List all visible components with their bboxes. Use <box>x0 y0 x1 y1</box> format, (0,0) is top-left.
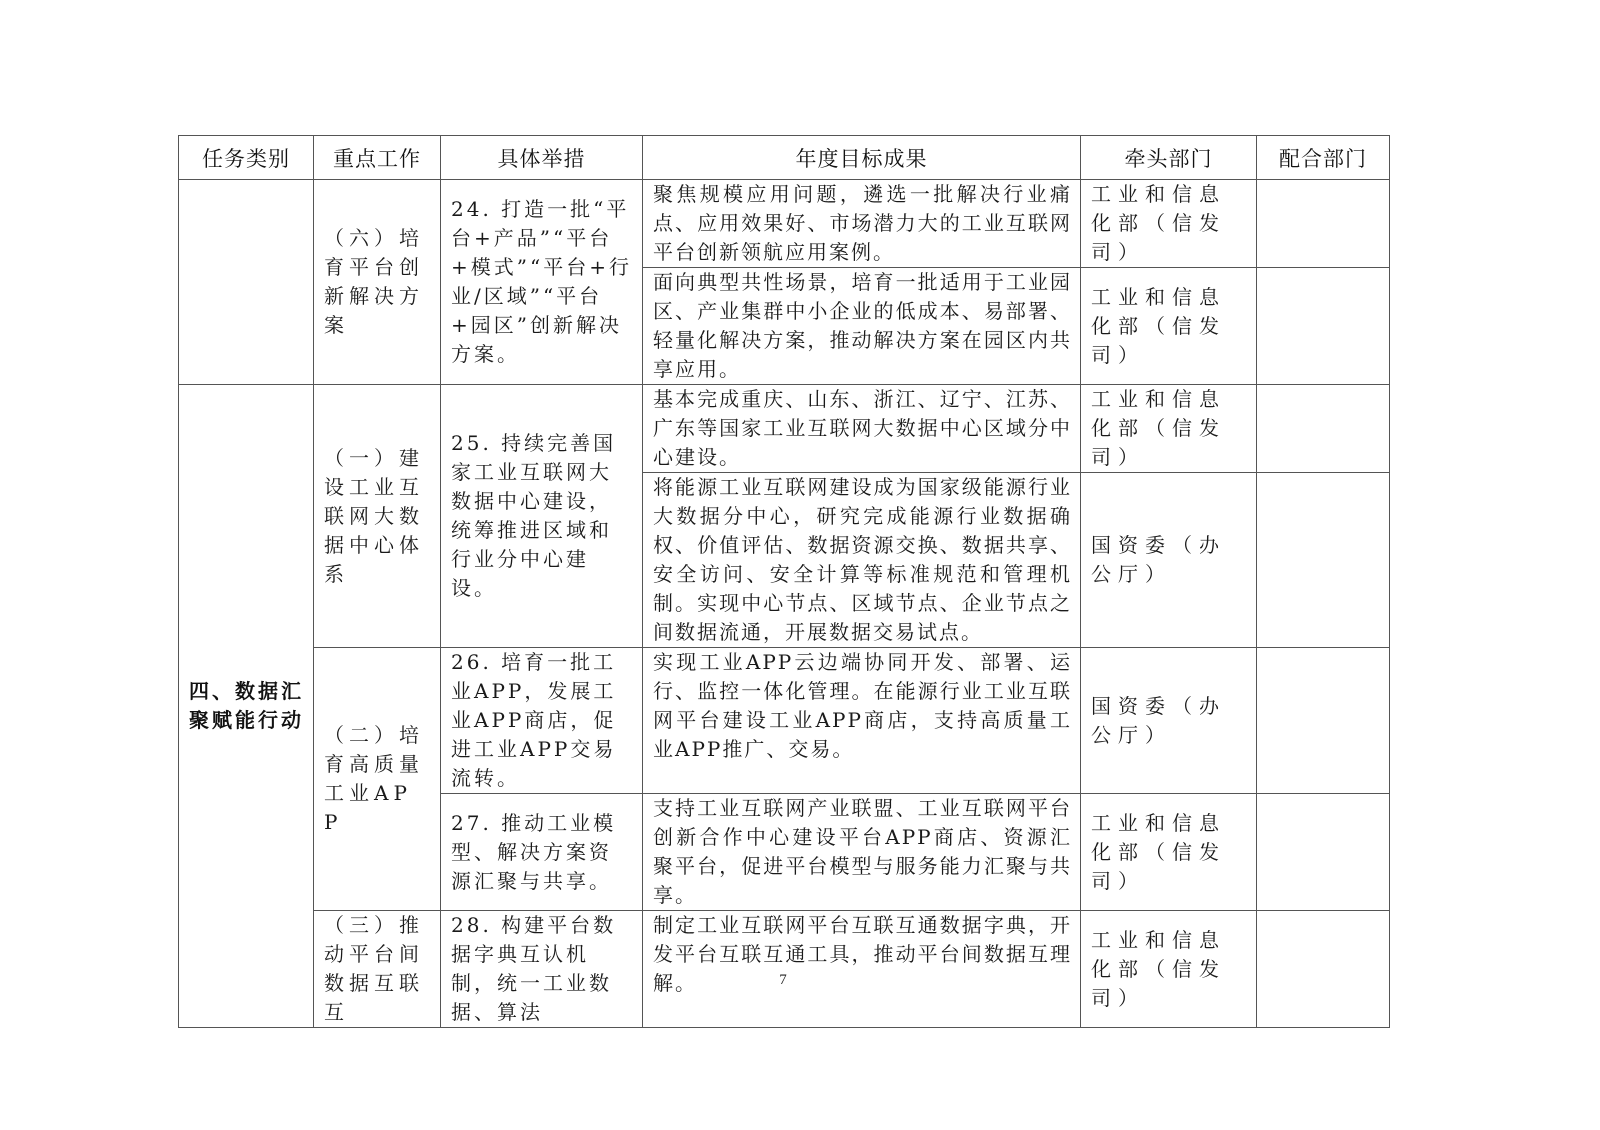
support-department-cell <box>1257 180 1390 268</box>
document-page: 任务类别 重点工作 具体举措 年度目标成果 牵头部门 配合部门 （六）培育平台创… <box>0 0 1600 1130</box>
page-number: 7 <box>0 972 1566 989</box>
goal-cell: 聚焦规模应用问题，遴选一批解决行业痛点、应用效果好、市场潜力大的工业互联网平台创… <box>643 180 1081 268</box>
support-department-cell <box>1257 473 1390 648</box>
task-category-cell-continued <box>179 180 314 385</box>
key-work-cell: （一）建设工业互联网大数据中心体系 <box>314 385 441 648</box>
goal-cell: 实现工业APP云边端协同开发、部署、运行、监控一体化管理。在能源行业工业互联网平… <box>643 648 1081 794</box>
task-category-cell: 四、数据汇聚赋能行动 <box>179 385 314 1028</box>
header-support-department: 配合部门 <box>1257 136 1390 180</box>
lead-department-text: 国资委（办公厅） <box>1081 692 1256 750</box>
goal-text: 支持工业互联网产业联盟、工业互联网平台创新合作中心建设平台APP商店、资源汇聚平… <box>643 794 1080 910</box>
lead-department-text: 工业和信息化部（信发司） <box>1081 385 1256 472</box>
key-work-text: （二）培育高质量工业APP <box>314 721 440 837</box>
header-key-work: 重点工作 <box>314 136 441 180</box>
lead-department-cell: 工业和信息化部（信发司） <box>1081 911 1257 1028</box>
lead-department-cell: 工业和信息化部（信发司） <box>1081 794 1257 911</box>
task-category-text: 四、数据汇聚赋能行动 <box>179 677 313 735</box>
goal-cell: 面向典型共性场景，培育一批适用于工业园区、产业集群中小企业的低成本、易部署、轻量… <box>643 268 1081 385</box>
measure-cell: 25. 持续完善国家工业互联网大数据中心建设，统筹推进区域和行业分中心建设。 <box>441 385 643 648</box>
key-work-cell: （三）推动平台间数据互联互 <box>314 911 441 1028</box>
header-lead-department: 牵头部门 <box>1081 136 1257 180</box>
support-department-cell <box>1257 268 1390 385</box>
support-department-cell <box>1257 385 1390 473</box>
lead-department-text: 工业和信息化部（信发司） <box>1081 809 1256 896</box>
goal-text: 将能源工业互联网建设成为国家级能源行业大数据分中心，研究完成能源行业数据确权、价… <box>643 473 1080 647</box>
goal-cell: 制定工业互联网平台互联互通数据字典，开发平台互联互通工具，推动平台间数据互理解。 <box>643 911 1081 1028</box>
support-department-cell <box>1257 648 1390 794</box>
task-table: 任务类别 重点工作 具体举措 年度目标成果 牵头部门 配合部门 （六）培育平台创… <box>178 135 1390 1028</box>
lead-department-text: 工业和信息化部（信发司） <box>1081 283 1256 370</box>
lead-department-text: 国资委（办公厅） <box>1081 531 1256 589</box>
goal-cell: 支持工业互联网产业联盟、工业互联网平台创新合作中心建设平台APP商店、资源汇聚平… <box>643 794 1081 911</box>
lead-department-cell: 工业和信息化部（信发司） <box>1081 268 1257 385</box>
goal-text: 实现工业APP云边端协同开发、部署、运行、监控一体化管理。在能源行业工业互联网平… <box>643 648 1080 764</box>
support-department-cell <box>1257 911 1390 1028</box>
measure-text: 25. 持续完善国家工业互联网大数据中心建设，统筹推进区域和行业分中心建设。 <box>441 429 642 603</box>
table-row: 四、数据汇聚赋能行动 （一）建设工业互联网大数据中心体系 25. 持续完善国家工… <box>179 385 1390 473</box>
table-row: （六）培育平台创新解决方案 24. 打造一批“平台+产品”“平台+模式”“平台+… <box>179 180 1390 268</box>
table-header-row: 任务类别 重点工作 具体举措 年度目标成果 牵头部门 配合部门 <box>179 136 1390 180</box>
lead-department-cell: 国资委（办公厅） <box>1081 648 1257 794</box>
table-row: （三）推动平台间数据互联互 28. 构建平台数据字典互认机制，统一工业数据、算法… <box>179 911 1390 1028</box>
table-row: （二）培育高质量工业APP 26. 培育一批工业APP，发展工业APP商店，促进… <box>179 648 1390 794</box>
header-annual-goals: 年度目标成果 <box>643 136 1081 180</box>
measure-cell: 24. 打造一批“平台+产品”“平台+模式”“平台+行业/区域”“平台+园区”创… <box>441 180 643 385</box>
goal-text: 聚焦规模应用问题，遴选一批解决行业痛点、应用效果好、市场潜力大的工业互联网平台创… <box>643 180 1080 267</box>
header-specific-measures: 具体举措 <box>441 136 643 180</box>
support-department-cell <box>1257 794 1390 911</box>
goal-cell: 将能源工业互联网建设成为国家级能源行业大数据分中心，研究完成能源行业数据确权、价… <box>643 473 1081 648</box>
measure-cell: 27. 推动工业模型、解决方案资源汇聚与共享。 <box>441 794 643 911</box>
key-work-text: （三）推动平台间数据互联互 <box>314 911 440 1027</box>
lead-department-cell: 工业和信息化部（信发司） <box>1081 385 1257 473</box>
lead-department-text: 工业和信息化部（信发司） <box>1081 180 1256 267</box>
measure-text: 26. 培育一批工业APP，发展工业APP商店，促进工业APP交易流转。 <box>441 648 642 793</box>
measure-text: 28. 构建平台数据字典互认机制，统一工业数据、算法 <box>441 911 642 1027</box>
measure-cell: 28. 构建平台数据字典互认机制，统一工业数据、算法 <box>441 911 643 1028</box>
goal-text: 基本完成重庆、山东、浙江、辽宁、江苏、广东等国家工业互联网大数据中心区域分中心建… <box>643 385 1080 472</box>
key-work-text: （六）培育平台创新解决方案 <box>314 224 440 340</box>
goal-cell: 基本完成重庆、山东、浙江、辽宁、江苏、广东等国家工业互联网大数据中心区域分中心建… <box>643 385 1081 473</box>
measure-text: 24. 打造一批“平台+产品”“平台+模式”“平台+行业/区域”“平台+园区”创… <box>441 195 642 369</box>
key-work-cell: （二）培育高质量工业APP <box>314 648 441 911</box>
lead-department-cell: 国资委（办公厅） <box>1081 473 1257 648</box>
lead-department-text: 工业和信息化部（信发司） <box>1081 926 1256 1013</box>
lead-department-cell: 工业和信息化部（信发司） <box>1081 180 1257 268</box>
measure-cell: 26. 培育一批工业APP，发展工业APP商店，促进工业APP交易流转。 <box>441 648 643 794</box>
goal-text: 面向典型共性场景，培育一批适用于工业园区、产业集群中小企业的低成本、易部署、轻量… <box>643 268 1080 384</box>
key-work-cell: （六）培育平台创新解决方案 <box>314 180 441 385</box>
key-work-text: （一）建设工业互联网大数据中心体系 <box>314 444 440 589</box>
header-task-category: 任务类别 <box>179 136 314 180</box>
measure-text: 27. 推动工业模型、解决方案资源汇聚与共享。 <box>441 809 642 896</box>
